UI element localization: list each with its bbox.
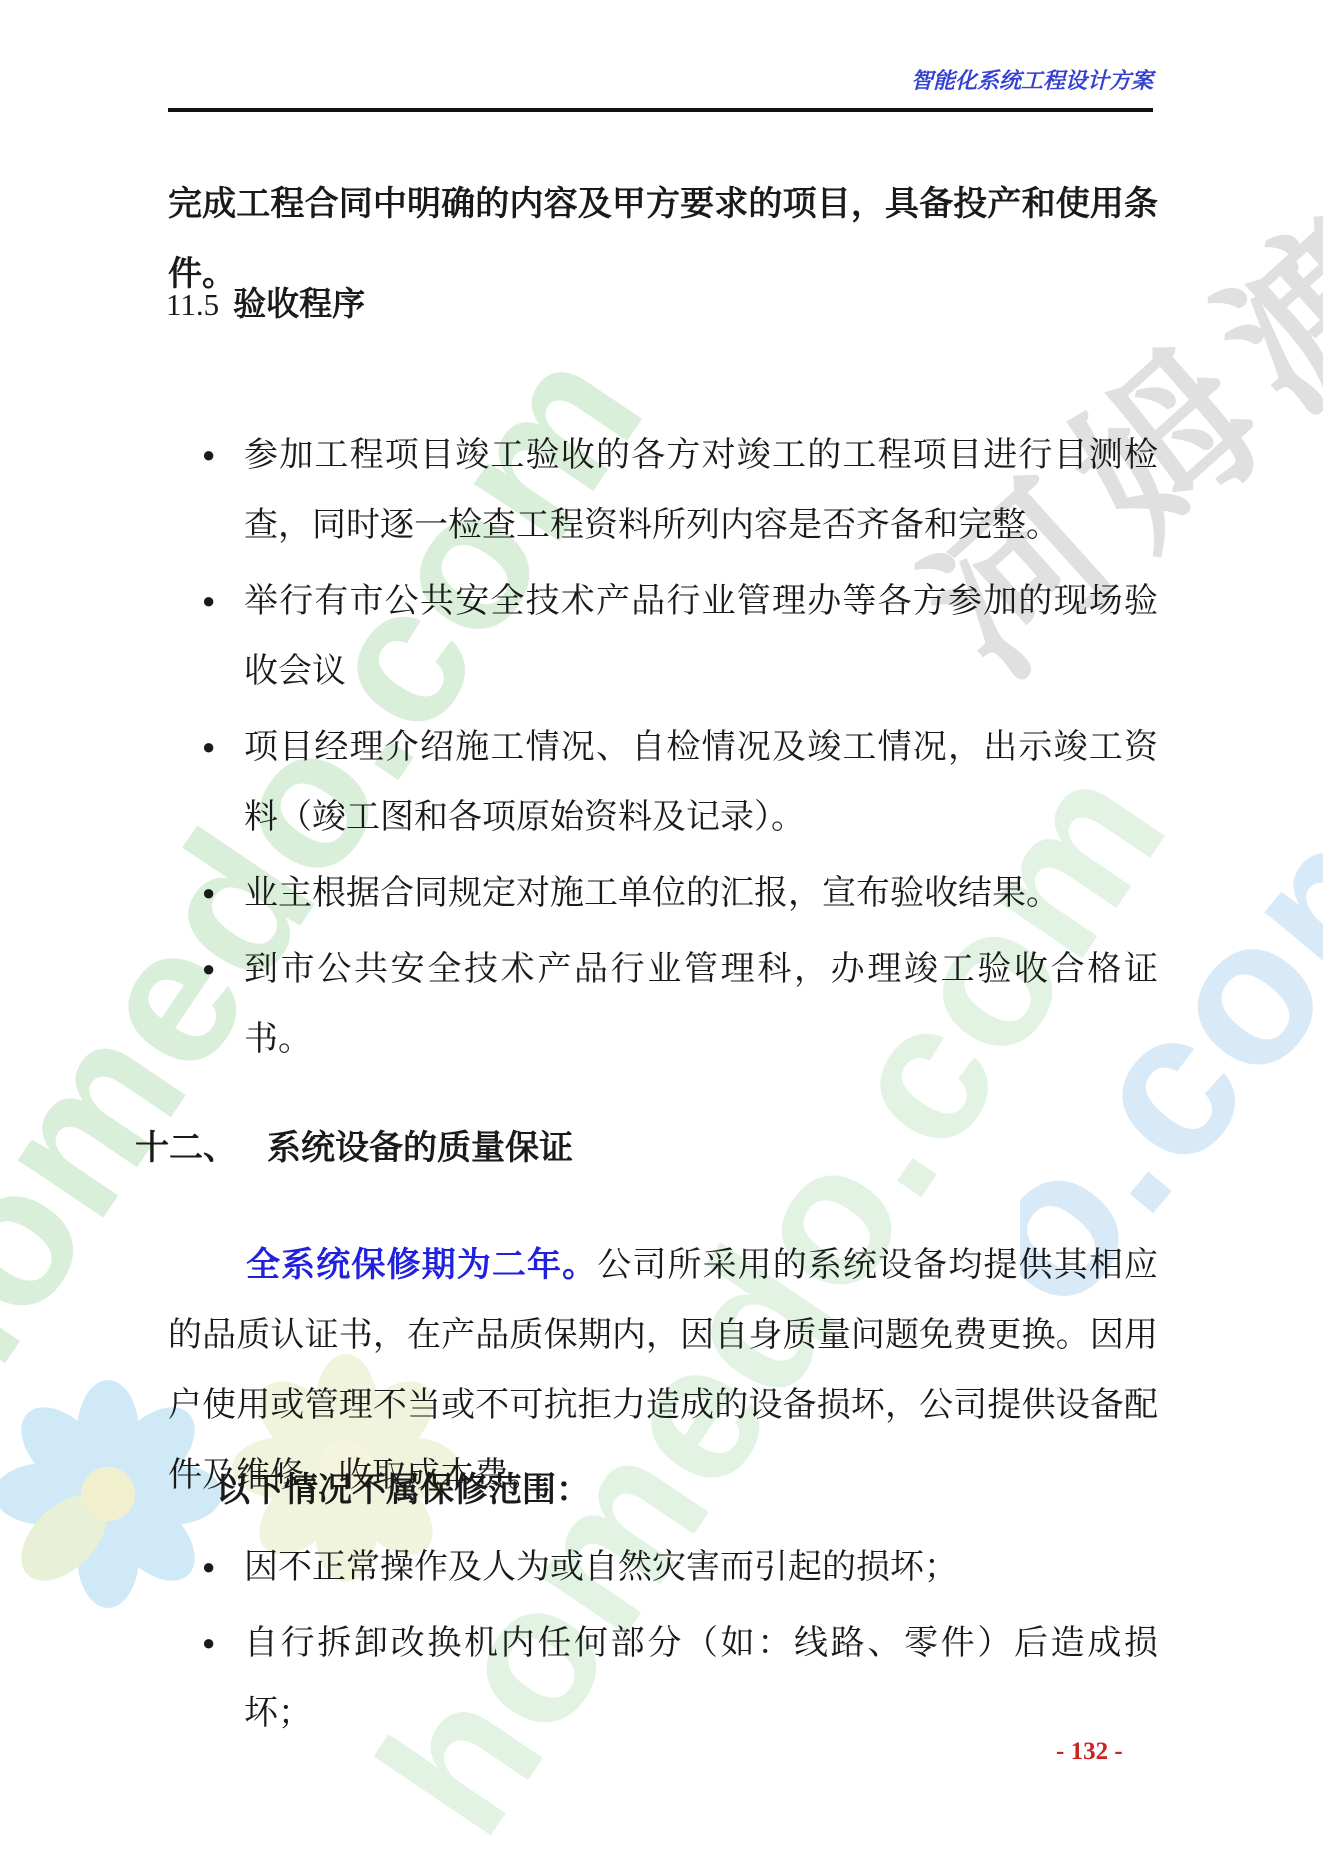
- bullet-icon: ●: [202, 858, 215, 928]
- bullet-icon: ●: [202, 420, 215, 490]
- list-item-text: 到市公共安全技术产品行业管理科，办理竣工验收合格证书。: [244, 950, 1158, 1058]
- exclusions-heading: 以下情况不属保修范围：: [216, 1468, 590, 1512]
- warranty-highlight: 全系统保修期为二年。: [246, 1246, 597, 1284]
- section-heading-11-5: 11.5验收程序: [166, 282, 365, 327]
- content-layer: 智能化系统工程设计方案 完成工程合同中明确的内容及甲方要求的项目，具备投产和使用…: [0, 0, 1323, 1871]
- list-item: ● 因不正常操作及人为或自然灾害而引起的损坏；: [168, 1532, 1158, 1602]
- list-item: ● 自行拆卸改换机内任何部分（如：线路、零件）后造成损坏；: [168, 1608, 1158, 1748]
- section-number: 十二、: [135, 1129, 237, 1167]
- list-item-text: 因不正常操作及人为或自然灾害而引起的损坏；: [244, 1548, 958, 1586]
- section-title: 验收程序: [233, 285, 365, 322]
- list-item-text: 业主根据合同规定对施工单位的汇报，宣布验收结果。: [244, 874, 1060, 912]
- acceptance-bullet-list: ● 参加工程项目竣工验收的各方对竣工的工程项目进行目测检查，同时逐一检查工程资料…: [168, 420, 1158, 1080]
- document-page: homedo.com homedo.com homedo.com 河姆渡: [0, 0, 1323, 1871]
- section-heading-12: 十二、系统设备的质量保证: [135, 1126, 573, 1170]
- bullet-icon: ●: [202, 934, 215, 1004]
- list-item: ● 业主根据合同规定对施工单位的汇报，宣布验收结果。: [168, 858, 1158, 928]
- bullet-icon: ●: [202, 1608, 215, 1678]
- list-item-text: 举行有市公共安全技术产品行业管理办等各方参加的现场验收会议: [244, 582, 1158, 690]
- section-title: 系统设备的质量保证: [267, 1129, 573, 1167]
- section-number: 11.5: [166, 287, 219, 322]
- list-item-text: 项目经理介绍施工情况、自检情况及竣工情况，出示竣工资料（竣工图和各项原始资料及记…: [244, 728, 1158, 836]
- list-item: ● 参加工程项目竣工验收的各方对竣工的工程项目进行目测检查，同时逐一检查工程资料…: [168, 420, 1158, 560]
- bullet-icon: ●: [202, 566, 215, 636]
- exclusions-bullet-list: ● 因不正常操作及人为或自然灾害而引起的损坏； ● 自行拆卸改换机内任何部分（如…: [168, 1532, 1158, 1754]
- list-item: ● 举行有市公共安全技术产品行业管理办等各方参加的现场验收会议: [168, 566, 1158, 706]
- bullet-icon: ●: [202, 712, 215, 782]
- page-header-title: 智能化系统工程设计方案: [168, 64, 1153, 112]
- list-item: ● 到市公共安全技术产品行业管理科，办理竣工验收合格证书。: [168, 934, 1158, 1074]
- list-item-text: 自行拆卸改换机内任何部分（如：线路、零件）后造成损坏；: [244, 1624, 1158, 1732]
- list-item-text: 参加工程项目竣工验收的各方对竣工的工程项目进行目测检查，同时逐一检查工程资料所列…: [244, 436, 1158, 544]
- list-item: ● 项目经理介绍施工情况、自检情况及竣工情况，出示竣工资料（竣工图和各项原始资料…: [168, 712, 1158, 852]
- bullet-icon: ●: [202, 1532, 215, 1602]
- page-number: - 132 -: [1056, 1738, 1123, 1766]
